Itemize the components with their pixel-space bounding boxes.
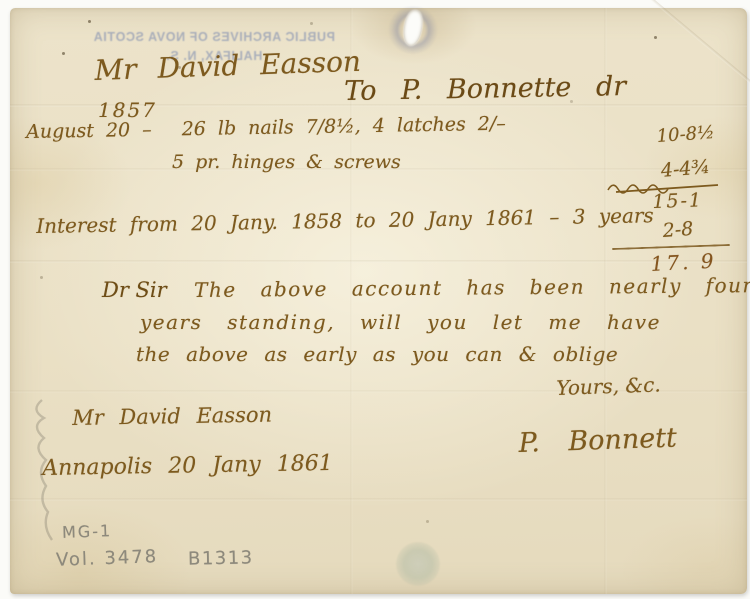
- place-date-line: Annapolis 20 Jany 1861: [42, 451, 333, 481]
- signature: P. Bonnett: [518, 422, 677, 459]
- paper-speck: [88, 20, 91, 23]
- interest-line: Interest from 20 Jany. 1858 to 20 Jany 1…: [36, 203, 654, 238]
- document-paper: PUBLIC ARCHIVES OF NOVA SCOTIA HALIFAX, …: [10, 8, 747, 594]
- fold-crease: [10, 498, 747, 501]
- paper-speck: [62, 52, 65, 55]
- paper-speck: [310, 22, 313, 25]
- archive-stamp-line1: PUBLIC ARCHIVES OF NOVA SCOTIA: [88, 28, 340, 47]
- corner-crease: [647, 0, 750, 108]
- paper-speck: [40, 276, 43, 279]
- catalog-volume: Vol. 3478: [56, 546, 159, 571]
- addressee-name: Mr David Easson: [72, 403, 272, 430]
- seal-residue: [396, 542, 440, 586]
- note-salutation: Dr Sir: [102, 278, 167, 302]
- debtor-line: To P. Bonnette dr: [344, 71, 626, 107]
- interest-amount: 2-8: [662, 218, 694, 242]
- total-amount: 17. 9: [650, 249, 717, 276]
- note-line: years standing, will you let me have: [140, 310, 661, 334]
- note-closing: Yours, &c.: [556, 372, 661, 400]
- item-amount: 10-8½: [656, 122, 715, 147]
- catalog-item: B1313: [188, 547, 254, 569]
- fold-crease: [10, 260, 747, 263]
- paper-speck: [426, 520, 429, 523]
- paper-hole: [388, 4, 438, 58]
- item-description: 26 lb nails 7/8½, 4 latches 2/–: [182, 113, 506, 141]
- paper-speck: [654, 36, 657, 39]
- item-date: August 20 –: [26, 119, 152, 143]
- item-description: 5 pr. hinges & screws: [172, 151, 401, 173]
- pencil-scribble: [20, 396, 60, 546]
- note-line: The above account has been nearly four: [194, 273, 750, 302]
- catalog-fonds: MG-1: [62, 521, 113, 542]
- scanned-document-background: PUBLIC ARCHIVES OF NOVA SCOTIA HALIFAX, …: [0, 0, 750, 599]
- subtotal-amount: 15-1: [652, 189, 703, 213]
- note-line: the above as early as you can & oblige: [136, 342, 618, 366]
